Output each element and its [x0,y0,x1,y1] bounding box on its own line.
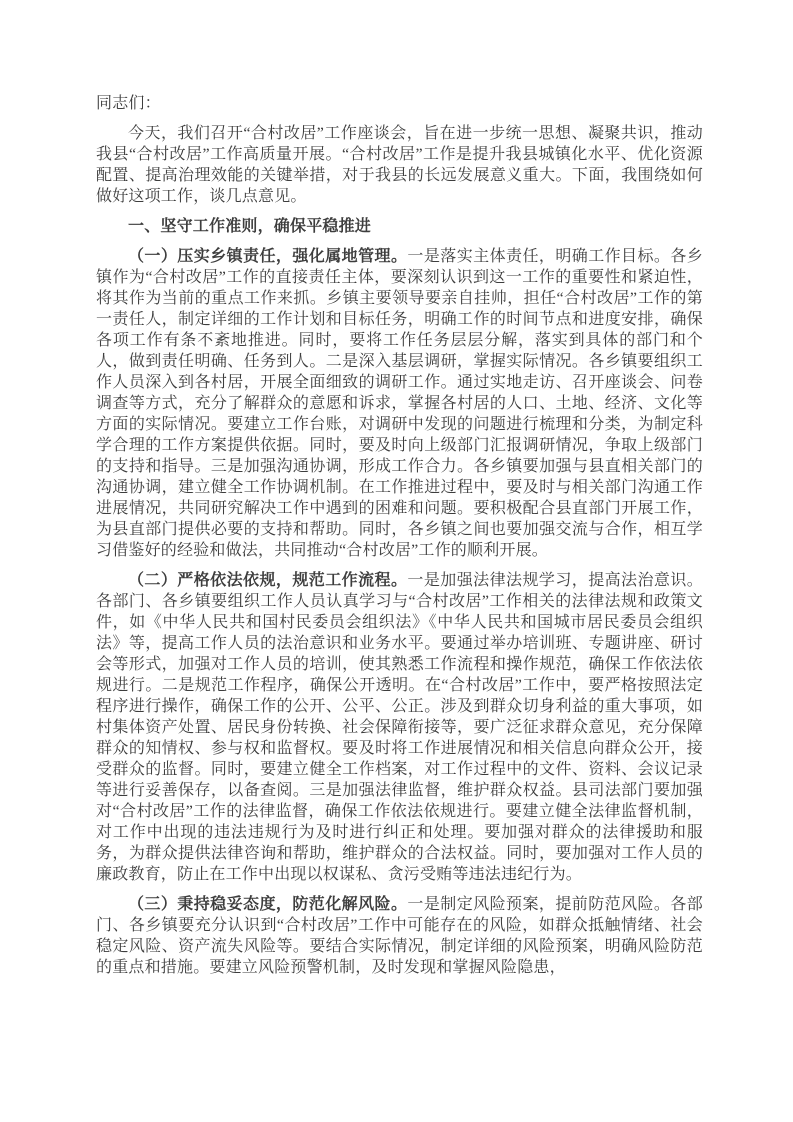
text-run: 今天，我们召开“合村改居”工作座谈会，旨在进一步统一思想、凝聚共识，推动我县“合… [96,125,703,205]
bold-text-run: （一）压实乡镇责任，强化属地管理。 [128,248,407,265]
bold-text-run: （三）秉持稳妥态度，防范化解风险。 [128,896,407,913]
paragraph: 今天，我们召开“合村改居”工作座谈会，旨在进一步统一思想、凝聚共识，推动我县“合… [96,123,703,207]
bold-text-run: 一、坚守工作准则，确保平稳推进 [128,218,371,235]
text-run: 同志们： [96,95,161,112]
salutation: 同志们： [96,93,703,114]
paragraph: （一）压实乡镇责任，强化属地管理。一是落实主体责任，明确工作目标。各乡镇作为“合… [96,246,703,561]
paragraph: （三）秉持稳妥态度，防范化解风险。一是制定风险预案，提前防范风险。各部门、各乡镇… [96,894,703,978]
document-page: 同志们：今天，我们召开“合村改居”工作座谈会，旨在进一步统一思想、凝聚共识，推动… [0,0,793,1122]
document-body: 同志们：今天，我们召开“合村改居”工作座谈会，旨在进一步统一思想、凝聚共识，推动… [96,93,703,978]
bold-text-run: （二）严格依法依规，规范工作流程。 [128,572,407,589]
paragraph: （二）严格依法依规，规范工作流程。一是加强法律法规学习，提高法治意识。各部门、各… [96,570,703,885]
text-run: 一是加强法律法规学习，提高法治意识。各部门、各乡镇要组织工作人员认真学习与“合村… [96,572,703,883]
text-run: 一是落实主体责任，明确工作目标。各乡镇作为“合村改居”工作的直接责任主体，要深刻… [96,248,703,559]
section-heading: 一、坚守工作准则，确保平稳推进 [96,216,703,237]
